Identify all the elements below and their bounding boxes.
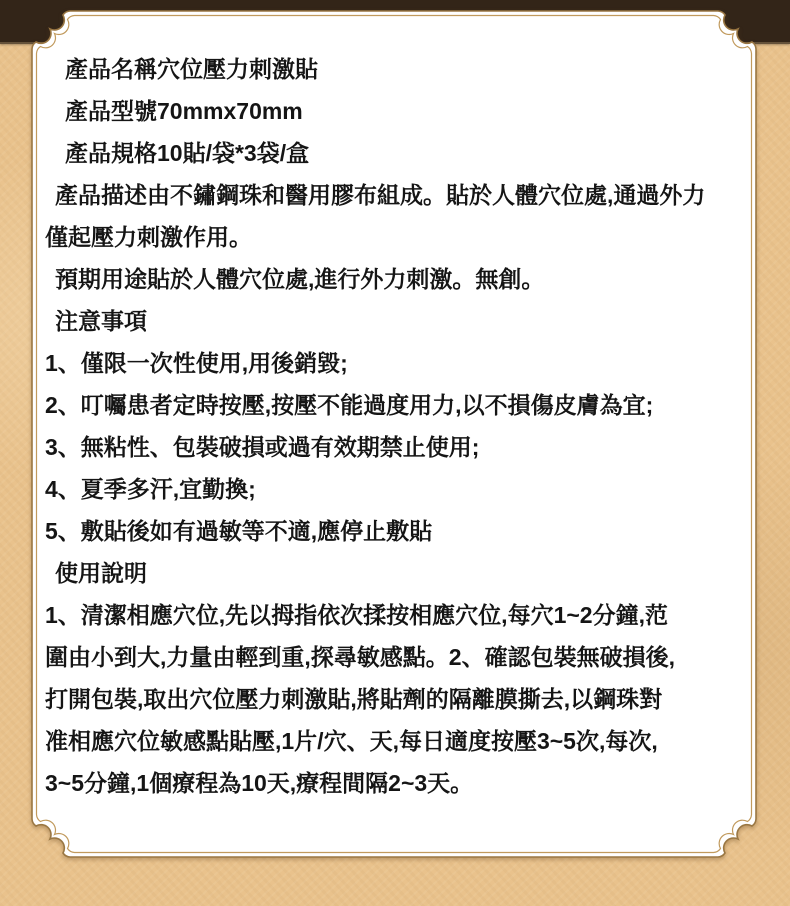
text-line: 5、敷貼後如有過敏等不適,應停止敷貼 [45, 510, 745, 552]
text-line: 4、夏季多汗,宜勤換; [45, 468, 745, 510]
text-line: 產品名稱穴位壓力刺激貼 [45, 48, 745, 90]
text-line: 3、無粘性、包裝破損或過有效期禁止使用; [45, 426, 745, 468]
product-description-text: 產品名稱穴位壓力刺激貼產品型號70mmx70mm產品規格10貼/袋*3袋/盒產品… [45, 48, 745, 838]
text-line: 圍由小到大,力量由輕到重,探尋敏感點。2、確認包裝無破損後, [45, 636, 745, 678]
text-line: 預期用途貼於人體穴位處,進行外力刺激。無創。 [45, 258, 745, 300]
text-line: 1、清潔相應穴位,先以拇指依次揉按相應穴位,每穴1~2分鐘,范 [45, 594, 745, 636]
text-line: 2、叮囑患者定時按壓,按壓不能過度用力,以不損傷皮膚為宜; [45, 384, 745, 426]
product-description-page: 產品名稱穴位壓力刺激貼產品型號70mmx70mm產品規格10貼/袋*3袋/盒產品… [0, 0, 790, 906]
text-line: 僅起壓力刺激作用。 [45, 216, 745, 258]
text-line: 使用說明 [45, 552, 745, 594]
text-line: 准相應穴位敏感點貼壓,1片/穴、天,每日適度按壓3~5次,每次, [45, 720, 745, 762]
text-line: 產品描述由不鏽鋼珠和醫用膠布組成。貼於人體穴位處,通過外力 [45, 174, 745, 216]
text-line: 注意事項 [45, 300, 745, 342]
ornate-frame-card: 產品名稱穴位壓力刺激貼產品型號70mmx70mm產品規格10貼/袋*3袋/盒產品… [30, 9, 758, 859]
text-line: 產品型號70mmx70mm [45, 90, 745, 132]
text-line: 打開包裝,取出穴位壓力刺激貼,將貼劑的隔離膜撕去,以鋼珠對 [45, 678, 745, 720]
text-line: 3~5分鐘,1個療程為10天,療程間隔2~3天。 [45, 762, 745, 804]
text-line: 1、僅限一次性使用,用後銷毀; [45, 342, 745, 384]
text-line: 產品規格10貼/袋*3袋/盒 [45, 132, 745, 174]
